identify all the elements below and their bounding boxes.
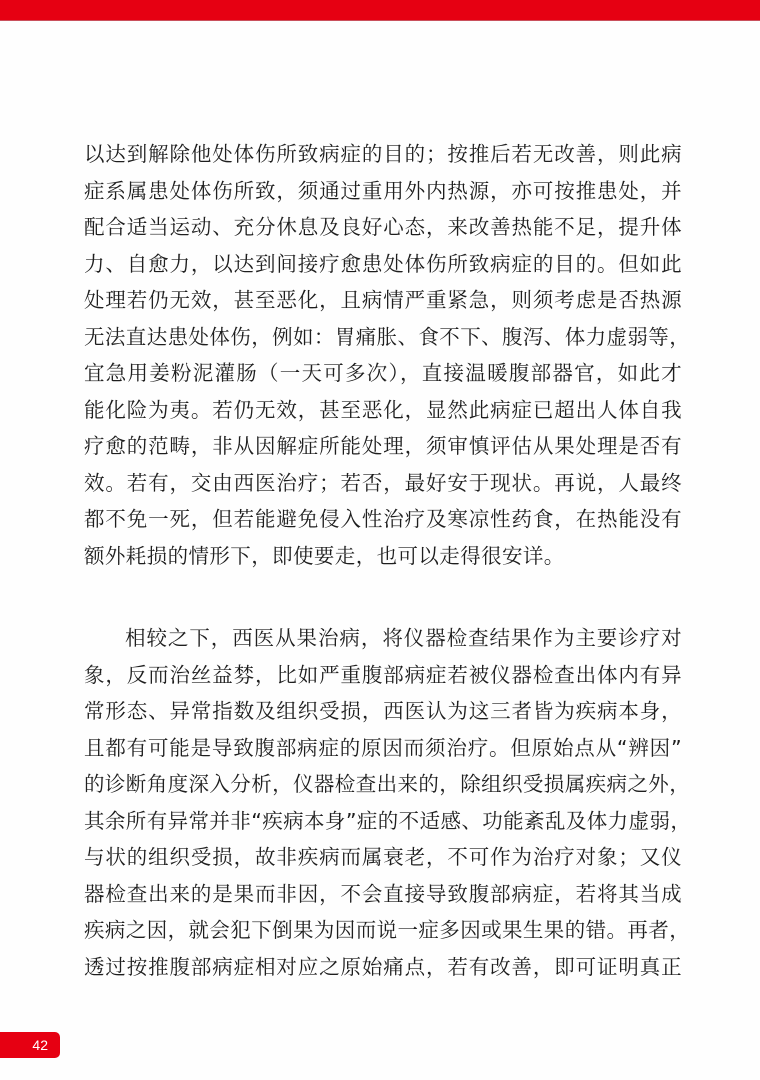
text-line: 能化险为夷。若仍无效，甚至恶化，显然此病症已超出人体自我 <box>84 392 682 429</box>
text-line-indented: 相较之下，西医从果治病，将仪器检查结果作为主要诊疗对 <box>84 620 682 657</box>
top-red-bar <box>0 0 760 21</box>
text-line: 常形态、异常指数及组织受损，西医认为这三者皆为疾病本身， <box>84 693 682 730</box>
text-line: 宜急用姜粉泥灌肠（一天可多次），直接温暖腹部器官，如此才 <box>84 355 682 392</box>
text-line: 疗愈的范畴，非从因解症所能处理，须审慎评估从果处理是否有 <box>84 428 682 465</box>
page-number-tab: 42 <box>0 1032 60 1058</box>
text-line: 额外耗损的情形下，即使要走，也可以走得很安详。 <box>84 538 682 575</box>
text-line: 效。若有，交由西医治疗；若否，最好安于现状。再说，人最终 <box>84 465 682 502</box>
text-line: 都不免一死，但若能避免侵入性治疗及寒凉性药食，在热能没有 <box>84 501 682 538</box>
text-line: 器检查出来的是果而非因，不会直接导致腹部病症，若将其当成 <box>84 876 682 913</box>
text-line: 以达到解除他处体伤所致病症的目的；按推后若无改善，则此病 <box>84 136 682 173</box>
document-body: 以达到解除他处体伤所致病症的目的；按推后若无改善，则此病 症系属患处体伤所致，须… <box>84 136 682 985</box>
text-line: 的诊断角度深入分析，仪器检查出来的，除组织受损属疾病之外， <box>84 766 682 803</box>
page-number: 42 <box>32 1037 48 1053</box>
text-line: 其余所有异常并非“疾病本身”症的不适感、功能紊乱及体力虚弱， <box>84 803 682 840</box>
text-line: 象，反而治丝益棼，比如严重腹部病症若被仪器检查出体内有异 <box>84 657 682 694</box>
paragraph-2: 相较之下，西医从果治病，将仪器检查结果作为主要诊疗对 象，反而治丝益棼，比如严重… <box>84 620 682 985</box>
paragraph-spacer <box>84 574 682 620</box>
paragraph-1: 以达到解除他处体伤所致病症的目的；按推后若无改善，则此病 症系属患处体伤所致，须… <box>84 136 682 574</box>
text-line: 处理若仍无效，甚至恶化，且病情严重紧急，则须考虑是否热源 <box>84 282 682 319</box>
text-line: 力、自愈力，以达到间接疗愈患处体伤所致病症的目的。但如此 <box>84 246 682 283</box>
text-line: 疾病之因，就会犯下倒果为因而说一症多因或果生果的错。再者， <box>84 912 682 949</box>
text-line: 与状的组织受损，故非疾病而属衰老，不可作为治疗对象；又仪 <box>84 839 682 876</box>
text-line: 配合适当运动、充分休息及良好心态，来改善热能不足，提升体 <box>84 209 682 246</box>
text-line: 且都有可能是导致腹部病症的原因而须治疗。但原始点从“辨因” <box>84 730 682 767</box>
text-line: 症系属患处体伤所致，须通过重用外内热源，亦可按推患处，并 <box>84 173 682 210</box>
text-line: 无法直达患处体伤，例如：胃痛胀、食不下、腹泻、体力虚弱等， <box>84 319 682 356</box>
text-line: 透过按推腹部病症相对应之原始痛点，若有改善，即可证明真正 <box>84 949 682 986</box>
